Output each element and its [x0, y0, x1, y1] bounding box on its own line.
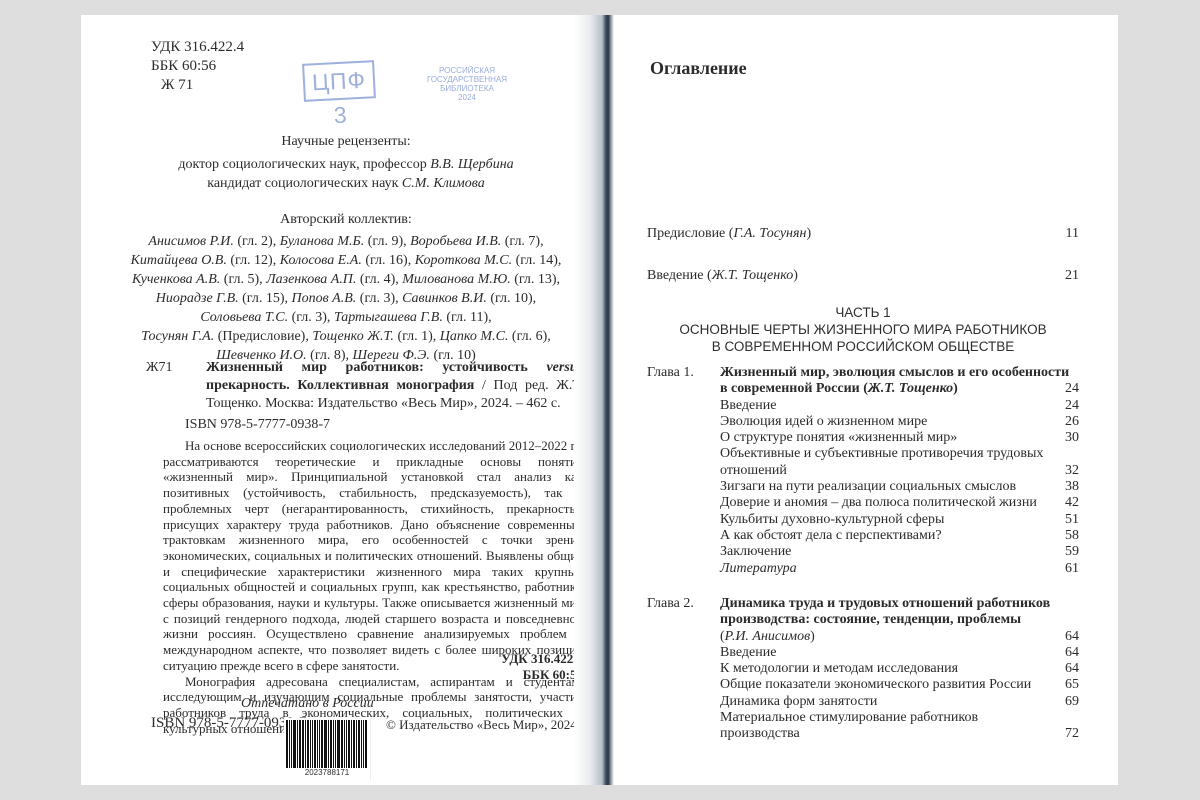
section-title: Заключение [720, 544, 791, 560]
abstract: На основе всероссийских социологических … [163, 438, 583, 736]
author-name: Тощенко Ж.Т. [312, 329, 394, 344]
author-sign: Ж 71 [151, 76, 244, 95]
section-page: 61 [1057, 561, 1079, 577]
printed-in: Отпечатано в России [241, 696, 374, 712]
author-name: Буланова М.Б. [280, 234, 365, 249]
toc-section: Зигзаги на пути реализации социальных см… [720, 479, 1079, 495]
toc-section: отношений32 [720, 463, 1079, 479]
barcode: 2023788171 [284, 718, 371, 781]
author-role: (гл. 10), [487, 291, 536, 306]
author-role: (гл. 2), [234, 234, 280, 249]
authors-line: Китайцева О.В. (гл. 12), Колосова Е.А. (… [111, 251, 581, 270]
chapter-body: Динамика труда и трудовых отношений рабо… [720, 596, 1079, 743]
toc-section: Введение24 [720, 398, 1079, 414]
catalog-title: Жизненный мир работников: устойчивость v… [163, 359, 583, 413]
author-name: Цапко М.С. [440, 329, 509, 344]
author-role: (гл. 3), [288, 310, 334, 325]
reviewer-2: кандидат социологических наук С.М. Климо… [111, 174, 581, 193]
author-role: (Предисловие), [214, 329, 312, 344]
chapter-author-wrap: (Р.И. Анисимов) [720, 629, 815, 645]
section-title: Доверие и аномия – два полюса политическ… [720, 495, 1037, 511]
front-matter: Предисловие (Г.А. Тосунян) 11 Введение (… [647, 226, 1079, 310]
chapter-label: Глава 2. [647, 596, 711, 612]
section-title: А как обстоят дела с перспективами? [720, 528, 942, 544]
chapter-page: 24 [1057, 381, 1079, 397]
toc-section: О структуре понятия «жизненный мир»30 [720, 430, 1079, 446]
contents-page: Оглавление Предисловие (Г.А. Тосунян) 11… [601, 15, 1118, 785]
bbk-code-bottom: ББК 60:56 [163, 667, 583, 683]
toc-section: производства72 [720, 726, 1079, 742]
toc-section: А как обстоят дела с перспективами?58 [720, 528, 1079, 544]
section-page: 42 [1057, 495, 1079, 511]
imprint-codes: УДК 316.422.4 ББК 60:56 Ж 71 [151, 38, 244, 95]
chapter-author: Ж.Т. Тощенко [868, 381, 953, 396]
entry-label: Введение [647, 268, 707, 283]
author-role: (гл. 3), [356, 291, 402, 306]
toc-entry-preface: Предисловие (Г.А. Тосунян) 11 [647, 226, 1079, 268]
toc-title: Оглавление [650, 58, 747, 79]
toc-section: Доверие и аномия – два полюса политическ… [720, 495, 1079, 511]
chapter-title-line: производства: состояние, тенденции, проб… [720, 612, 1079, 628]
author-name: Тосунян Г.А. [141, 329, 214, 344]
toc-section: Литература61 [720, 561, 1079, 577]
section-title: Динамика форм занятости [720, 694, 877, 710]
section-title-line: Материальное стимулирование работников [720, 710, 1079, 726]
section-page: 30 [1057, 430, 1079, 446]
chapter-author: Р.И. Анисимов [725, 629, 810, 644]
section-title: отношений [720, 463, 787, 479]
catalog-isbn: ISBN 978-5-7777-0938-7 [163, 416, 583, 434]
toc-section: Эволюция идей о жизненном мире26 [720, 414, 1079, 430]
section-page: 32 [1057, 463, 1079, 479]
author-name: Китайцева О.В. [131, 253, 227, 268]
section-title-line: Объективные и субъективные противоречия … [720, 446, 1079, 462]
chapter-author-row: (Р.И. Анисимов)64 [720, 629, 1079, 645]
copyright-line: © Издательство «Весь Мир», 2024 [386, 717, 577, 733]
section-page: 65 [1057, 677, 1079, 693]
author-role: (гл. 14), [512, 253, 561, 268]
chapter-title-line: Жизненный мир, эволюция смыслов и его ос… [720, 365, 1079, 381]
reviewer-2-title: кандидат социологических наук [207, 176, 402, 191]
reviewer-2-name: С.М. Климова [402, 176, 485, 191]
author-role: (гл. 4), [356, 272, 402, 287]
reviewers-heading: Научные рецензенты: [111, 132, 581, 151]
title-part: Жизненный мир работников: устойчивость [206, 360, 546, 375]
author-role: (гл. 12), [227, 253, 280, 268]
section-title: Кульбиты духовно-культурной сферы [720, 512, 944, 528]
section-title: Зигзаги на пути реализации социальных см… [720, 479, 1016, 495]
reviewer-1-title: доктор социологических наук, профессор [178, 157, 430, 172]
section-title: К методологии и методам исследования [720, 661, 958, 677]
part-heading: ЧАСТЬ 1 ОСНОВНЫЕ ЧЕРТЫ ЖИЗНЕННОГО МИРА Р… [647, 304, 1079, 355]
section-page: 64 [1057, 661, 1079, 677]
section-title: Эволюция идей о жизненном мире [720, 414, 927, 430]
toc-section: Введение64 [720, 645, 1079, 661]
author-name: Милованова М.Ю. [402, 272, 510, 287]
author-role: (гл. 9), [364, 234, 410, 249]
toc-section: Кульбиты духовно-культурной сферы51 [720, 512, 1079, 528]
reviewer-1-name: В.В. Щербина [430, 157, 513, 172]
section-title: О структуре понятия «жизненный мир» [720, 430, 957, 446]
copyright-page: УДК 316.422.4 ББК 60:56 Ж 71 ЦПФ 3 РОССИ… [81, 15, 601, 785]
section-title: Введение [720, 398, 776, 414]
library-stamp-year: 2024 [417, 93, 517, 102]
author-role: (гл. 6), [508, 329, 550, 344]
section-page: 51 [1057, 512, 1079, 528]
authors-line: Анисимов Р.И. (гл. 2), Буланова М.Б. (гл… [111, 232, 581, 251]
authors-list: Анисимов Р.И. (гл. 2), Буланова М.Б. (гл… [111, 232, 581, 365]
authors-line: Кученкова А.В. (гл. 5), Лазенкова А.П. (… [111, 270, 581, 289]
section-page: 72 [1057, 726, 1079, 742]
author-role: (гл. 11), [443, 310, 492, 325]
barcode-bars [286, 720, 368, 768]
chapter-body: Жизненный мир, эволюция смыслов и его ос… [720, 365, 1079, 577]
authors-line: Соловьева Т.С. (гл. 3), Тартыгашева Г.В.… [111, 308, 581, 327]
entry-label: Предисловие [647, 226, 729, 241]
part-title-line: ОСНОВНЫЕ ЧЕРТЫ ЖИЗНЕННОГО МИРА РАБОТНИКО… [647, 321, 1079, 338]
reviewers-block: Научные рецензенты: доктор социологическ… [111, 132, 581, 193]
section-page: 24 [1057, 398, 1079, 414]
abstract-paragraph: На основе всероссийских социологических … [163, 438, 583, 674]
author-role: (гл. 15), [239, 291, 292, 306]
author-role: (гл. 5), [220, 272, 266, 287]
chapter-title-line: Динамика труда и трудовых отношений рабо… [720, 596, 1079, 612]
library-stamp-line: РОССИЙСКАЯ [417, 66, 517, 75]
authors-line: Ниорадзе Г.В. (гл. 15), Попов А.В. (гл. … [111, 289, 581, 308]
section-title: Литература [720, 561, 797, 577]
book-spread: УДК 316.422.4 ББК 60:56 Ж 71 ЦПФ 3 РОССИ… [81, 15, 1118, 785]
chapter-label: Глава 1. [647, 365, 711, 381]
entry-author: Ж.Т. Тощенко [712, 268, 794, 283]
part-title-line: В СОВРЕМЕННОМ РОССИЙСКОМ ОБЩЕСТВЕ [647, 338, 1079, 355]
barcode-number: 2023788171 [284, 768, 370, 777]
toc-section: Динамика форм занятости69 [720, 694, 1079, 710]
section-page: 58 [1057, 528, 1079, 544]
authors-line: Тосунян Г.А. (Предисловие), Тощенко Ж.Т.… [111, 327, 581, 346]
udc-code-bottom: УДК 316.422.4 [163, 651, 583, 667]
library-stamp-line: БИБЛИОТЕКА [417, 84, 517, 93]
cpf-stamp: ЦПФ 3 [302, 60, 376, 102]
catalog-entry: Ж71 Жизненный мир работников: устойчивос… [163, 359, 583, 736]
author-name: Короткова М.С. [415, 253, 512, 268]
part-number: ЧАСТЬ 1 [647, 304, 1079, 321]
author-name: Колосова Е.А. [280, 253, 362, 268]
section-page: 69 [1057, 694, 1079, 710]
section-title: производства [720, 726, 800, 742]
chapter-title-row: в современной России (Ж.Т. Тощенко)24 [720, 381, 1079, 397]
bbk-code: ББК 60:56 [151, 57, 244, 76]
author-name: Савинков В.И. [402, 291, 487, 306]
reviewer-1: доктор социологических наук, профессор В… [111, 155, 581, 174]
author-role: (гл. 7), [501, 234, 543, 249]
author-name: Анисимов Р.И. [148, 234, 233, 249]
author-name: Соловьева Т.С. [200, 310, 288, 325]
toc-section: К методологии и методам исследования64 [720, 661, 1079, 677]
authors-heading: Авторский коллектив: [111, 210, 581, 229]
section-title: Общие показатели экономического развития… [720, 677, 1031, 693]
author-name: Попов А.В. [291, 291, 356, 306]
library-stamp: РОССИЙСКАЯ ГОСУДАРСТВЕННАЯ БИБЛИОТЕКА 20… [417, 66, 517, 102]
author-role: (гл. 13), [511, 272, 560, 287]
author-role: (гл. 16), [362, 253, 415, 268]
entry-page: 11 [1066, 226, 1079, 268]
udc-code: УДК 316.422.4 [151, 38, 244, 57]
catalog-code: Ж71 [146, 359, 173, 377]
chapter-2: Глава 2. Динамика труда и трудовых отнош… [647, 596, 1079, 743]
author-role: (гл. 1), [394, 329, 440, 344]
section-title: Введение [720, 645, 776, 661]
section-page: 26 [1057, 414, 1079, 430]
author-name: Кученкова А.В. [132, 272, 220, 287]
author-name: Воробьева И.В. [410, 234, 501, 249]
library-stamp-line: ГОСУДАРСТВЕННАЯ [417, 75, 517, 84]
section-page: 64 [1057, 645, 1079, 661]
classification-codes: УДК 316.422.4 ББК 60:56 [163, 651, 583, 683]
section-page: 38 [1057, 479, 1079, 495]
toc-section: Заключение59 [720, 544, 1079, 560]
section-page: 59 [1057, 544, 1079, 560]
title-part: прекарность. Коллективная монография [206, 378, 474, 393]
chapter-page: 64 [1057, 629, 1079, 645]
chapter-title-line: в современной России (Ж.Т. Тощенко) [720, 381, 958, 397]
chapter-1: Глава 1. Жизненный мир, эволюция смыслов… [647, 365, 1079, 577]
author-name: Тартыгашева Г.В. [334, 310, 443, 325]
author-name: Ниорадзе Г.В. [156, 291, 239, 306]
entry-author: Г.А. Тосунян [733, 226, 806, 241]
toc-section: Общие показатели экономического развития… [720, 677, 1079, 693]
author-name: Лазенкова А.П. [266, 272, 356, 287]
authors-block: Авторский коллектив: Анисимов Р.И. (гл. … [111, 210, 581, 365]
